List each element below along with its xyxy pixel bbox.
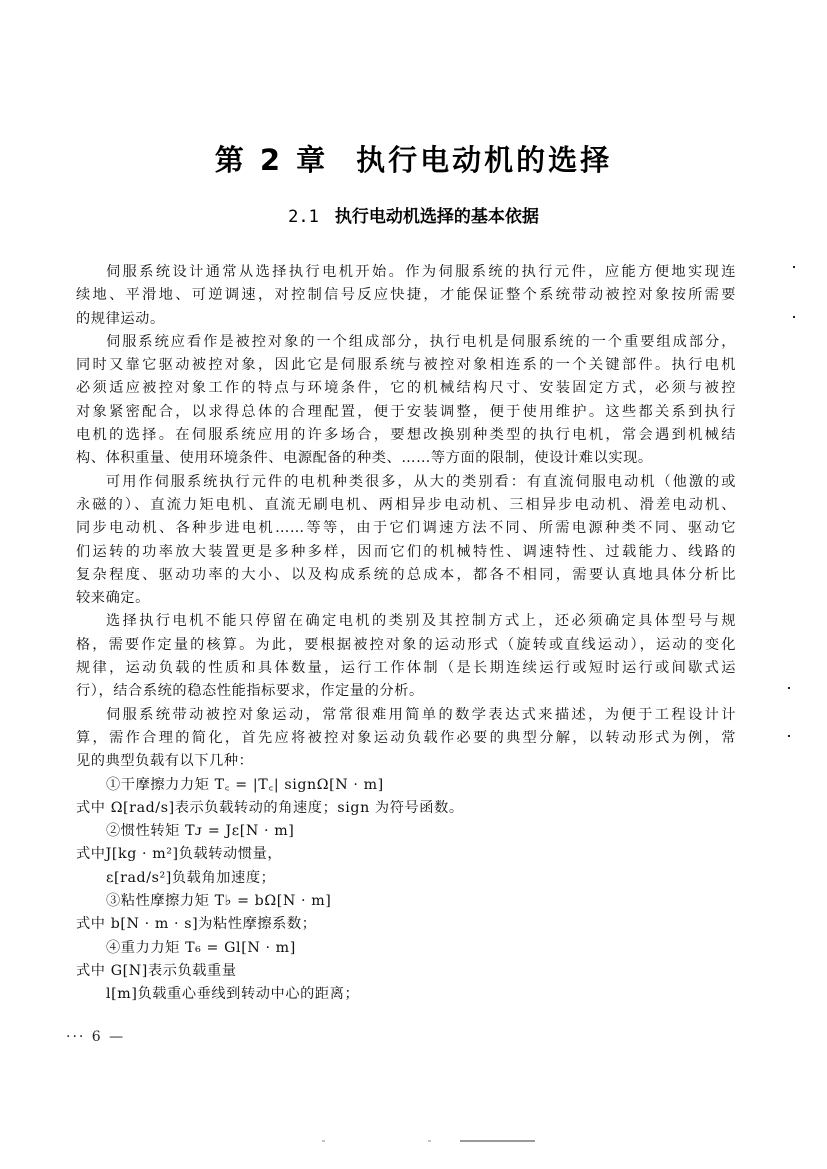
formula-explanation: 式中 Ω[rad/s]表示负载转动的角速度；sign 为符号函数。 (76, 797, 736, 820)
formula-explanation: 式中J[kg · m²]负载转动惯量， (76, 843, 736, 866)
load-item-dry-friction: ①干摩擦力力矩 T꜀ = |T꜀| signΩ[N · m] 式中 Ω[rad/… (76, 774, 736, 821)
scan-speck (788, 735, 790, 737)
text-line: 见的典型负载有以下几种： (76, 750, 736, 773)
text-line: 复杂程度、驱动功率的大小、以及构成系统的总成本，都各不相同，需要认真地具体分析比 (76, 564, 736, 587)
formula-label: ③粘性摩擦力矩 (106, 893, 215, 909)
text-line: 续地、平滑地、可逆调速，对控制信号反应快捷，才能保证整个系统带动被控对象按所需要 (76, 284, 736, 307)
formula-label: ④重力力矩 (106, 940, 185, 956)
explanation-text: Ω[rad/s]表示负载转动的角速度；sign 为符号函数。 (111, 800, 464, 816)
section-number: 2.1 (288, 207, 319, 227)
formula-expression: T♭ = bΩ[N · m] (215, 893, 332, 909)
scan-speck (788, 687, 790, 689)
text-line: 行），结合系统的稳态性能指标要求，作定量的分析。 (76, 680, 736, 703)
scan-speck (793, 266, 795, 268)
body-text: 伺服系统设计通常从选择执行电机开始。作为伺服系统的执行元件，应能方便地实现连 续… (76, 261, 736, 1007)
explanation-prefix: 式中 (76, 800, 111, 816)
load-item-inertia: ②惯性转矩 Tᴊ = Jε[N · m] 式中J[kg · m²]负载转动惯量，… (76, 820, 736, 890)
paragraph: 选择执行电机不能只停留在确定电机的类别及其控制方式上，还必须确定具体型号与规 格… (76, 610, 736, 703)
paragraph: 伺服系统设计通常从选择执行电机开始。作为伺服系统的执行元件，应能方便地实现连 续… (76, 261, 736, 331)
explanation-prefix: 式中 (76, 916, 111, 932)
text-line: 较来确定。 (76, 587, 736, 610)
document-page: 第 2 章执行电动机的选择 2.1执行电动机选择的基本依据 伺服系统设计通常从选… (0, 0, 827, 1169)
scan-noise (460, 1140, 535, 1142)
text-line: 伺服系统应看作是被控对象的一个组成部分，执行电机是伺服系统的一个重要组成部分， (76, 331, 736, 354)
explanation-prefix: 式中 (76, 963, 111, 979)
formula-expression: Tᴊ = Jε[N · m] (185, 823, 294, 839)
formula-explanation: 式中 b[N · m · s]为粘性摩擦系数； (76, 913, 736, 936)
text-line: 对象紧密配合，以求得总体的合理配置，便于安装调整，便于使用维护。这些都关系到执行 (76, 401, 736, 424)
text-line: 同时又靠它驱动被控对象，因此它是伺服系统与被控对象相连系的一个关键部件。执行电机 (76, 354, 736, 377)
formula-expression: T₆ = Gl[N · m] (185, 940, 296, 956)
load-item-gravity: ④重力力矩 T₆ = Gl[N · m] 式中 G[N]表示负载重量 l[m]负… (76, 937, 736, 1007)
text-line: 电机的选择。在伺服系统应用的许多场合，要想改换别种类型的执行电机，常会遇到机械结 (76, 424, 736, 447)
chapter-title-text: 执行电动机的选择 (356, 143, 612, 177)
explanation-text: J[kg · m²]负载转动惯量， (106, 846, 283, 862)
scan-speck (793, 316, 795, 318)
chapter-title: 第 2 章执行电动机的选择 (0, 138, 827, 179)
text-line: 格，需要作定量的核算。为此，要根据被控对象的运动形式（旋转或直线运动），运动的变… (76, 634, 736, 657)
text-line: 选择执行电机不能只停留在确定电机的类别及其控制方式上，还必须确定具体型号与规 (76, 610, 736, 633)
formula-line: ③粘性摩擦力矩 T♭ = bΩ[N · m] (76, 890, 736, 913)
formula-explanation: l[m]负载重心垂线到转动中心的距离； (76, 983, 736, 1006)
formula-expression: T꜀ = |T꜀| signΩ[N · m] (215, 777, 384, 793)
text-line: 构、体积重量、使用环境条件、电源配备的种类、……等方面的限制，使设计难以实现。 (76, 447, 736, 470)
text-line: 伺服系统带动被控对象运动，常常很难用简单的数学表达式来描述，为便于工程设计计 (76, 704, 736, 727)
text-line: 规律，运动负载的性质和具体数量，运行工作体制（是长期连续运行或短时运行或间歇式运 (76, 657, 736, 680)
formula-explanation: 式中 G[N]表示负载重量 (76, 960, 736, 983)
formula-label: ①干摩擦力力矩 (106, 777, 215, 793)
text-line: 永磁的）、直流力矩电机、直流无刷电机、两相异步电动机、三相异步电动机、滑差电动机… (76, 494, 736, 517)
paragraph: 伺服系统带动被控对象运动，常常很难用简单的数学表达式来描述，为便于工程设计计 算… (76, 704, 736, 774)
explanation-text: l[m]负载重心垂线到转动中心的距离； (106, 986, 359, 1002)
section-title-text: 执行电动机选择的基本依据 (335, 207, 539, 227)
chapter-number: 第 2 章 (215, 143, 328, 177)
text-line: 必须适应被控对象工作的特点与环境条件，它的机械结构尺寸、安装固定方式，必须与被控 (76, 377, 736, 400)
formula-explanation: ε[rad/s²]负载角加速度； (76, 867, 736, 890)
scan-noise (428, 1140, 431, 1142)
explanation-text: b[N · m · s]为粘性摩擦系数； (111, 916, 317, 932)
section-title: 2.1执行电动机选择的基本依据 (0, 202, 827, 227)
text-line: 伺服系统设计通常从选择执行电机开始。作为伺服系统的执行元件，应能方便地实现连 (76, 261, 736, 284)
formula-line: ①干摩擦力力矩 T꜀ = |T꜀| signΩ[N · m] (76, 774, 736, 797)
paragraph: 伺服系统应看作是被控对象的一个组成部分，执行电机是伺服系统的一个重要组成部分， … (76, 331, 736, 471)
formula-line: ④重力力矩 T₆ = Gl[N · m] (76, 937, 736, 960)
text-line: 的规律运动。 (76, 308, 736, 331)
explanation-prefix: 式中 (76, 846, 106, 862)
text-line: 们运转的功率放大装置更是多种多样，因而它们的机械特性、调速特性、过载能力、线路的 (76, 541, 736, 564)
paragraph: 可用作伺服系统执行元件的电机种类很多，从大的类别看：有直流伺服电动机（他激的或 … (76, 471, 736, 611)
text-line: 算，需作合理的简化，首先应将被控对象运动负载作必要的典型分解，以转动形式为例，常 (76, 727, 736, 750)
explanation-text: ε[rad/s²]负载角加速度； (106, 870, 275, 886)
scan-noise (322, 1140, 325, 1142)
page-number: ··· 6 — (66, 1029, 125, 1045)
formula-line: ②惯性转矩 Tᴊ = Jε[N · m] (76, 820, 736, 843)
formula-label: ②惯性转矩 (106, 823, 185, 839)
explanation-text: G[N]表示负载重量 (111, 963, 237, 979)
load-item-viscous-friction: ③粘性摩擦力矩 T♭ = bΩ[N · m] 式中 b[N · m · s]为粘… (76, 890, 736, 937)
text-line: 可用作伺服系统执行元件的电机种类很多，从大的类别看：有直流伺服电动机（他激的或 (76, 471, 736, 494)
text-line: 同步电动机、各种步进电机……等等，由于它们调速方法不同、所需电源种类不同、驱动它 (76, 517, 736, 540)
